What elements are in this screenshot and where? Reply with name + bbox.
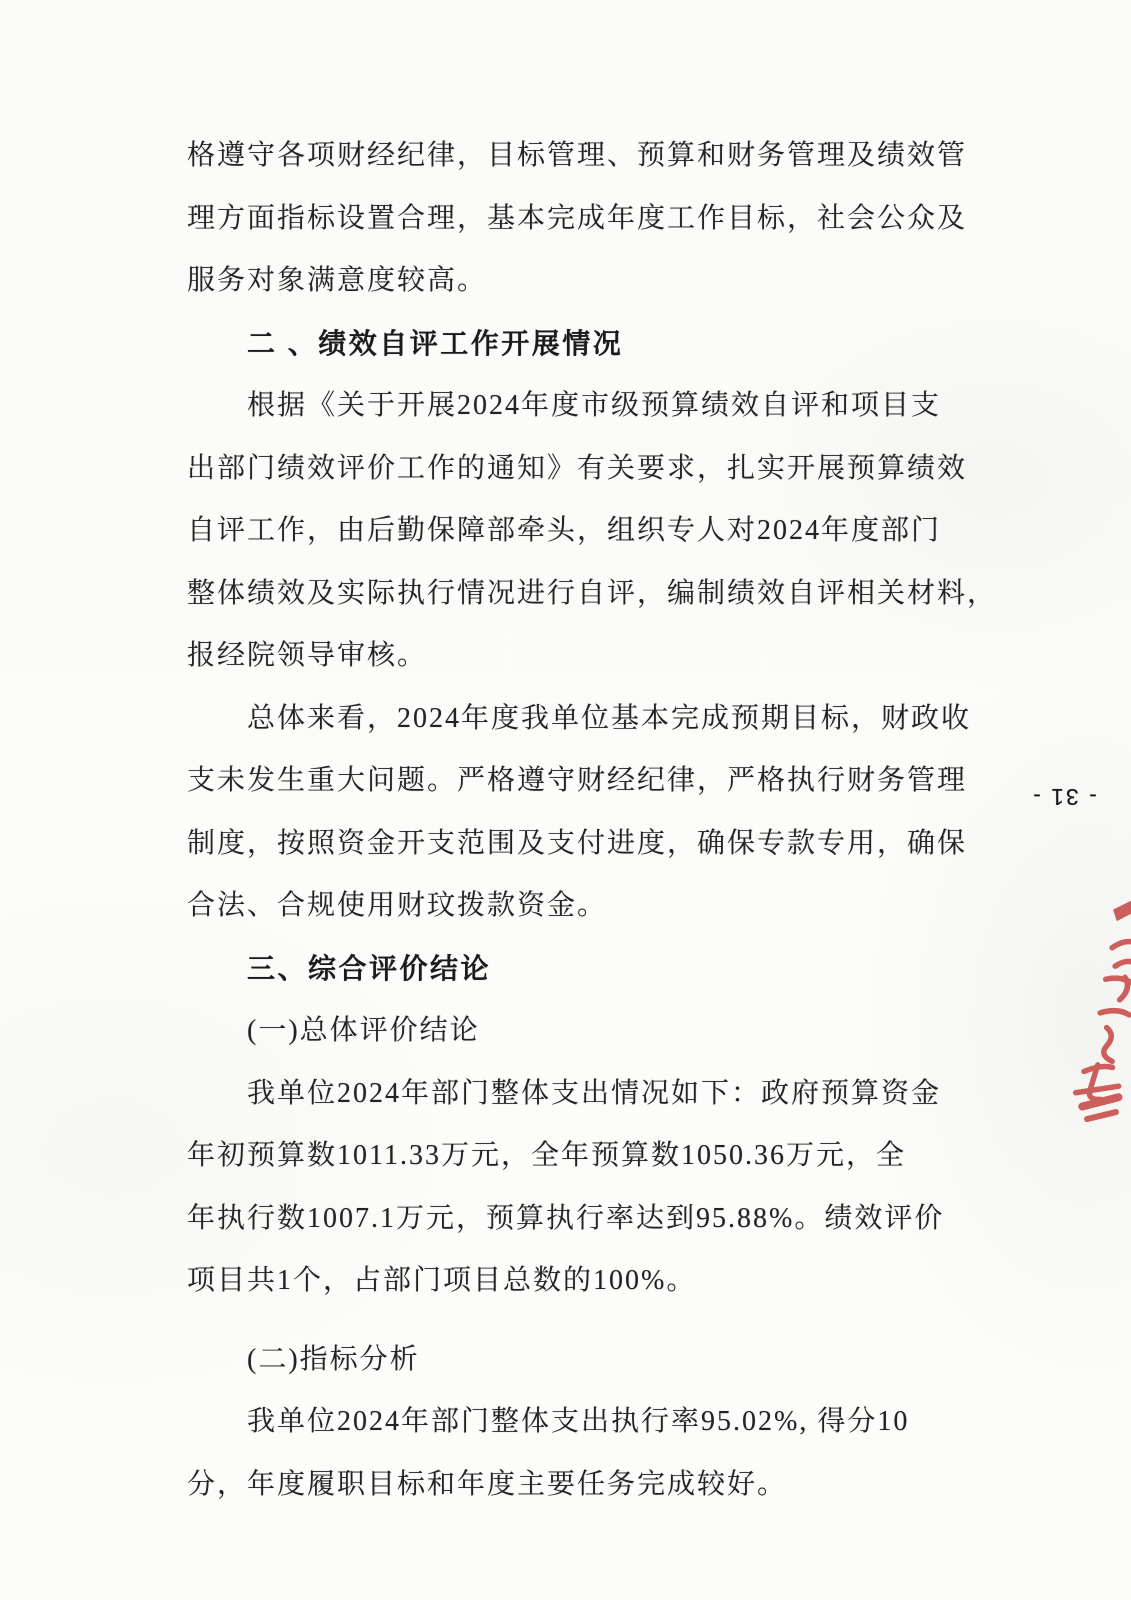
- red-stamp-marks: [1052, 876, 1131, 1124]
- red-seal-icon: [1052, 876, 1131, 1124]
- section-heading: 三、综合评价结论: [187, 938, 977, 1001]
- text-line: 服务对象满意度较高。: [187, 250, 977, 313]
- text-line: 年执行数1007.1万元，预算执行率达到95.88%。绩效评价: [187, 1188, 977, 1251]
- text-line: 支未发生重大问题。严格遵守财经纪律，严格执行财务管理: [187, 750, 977, 813]
- text-line: 自评工作，由后勤保障部牵头，组织专人对2024年度部门: [187, 500, 977, 563]
- document-body: 格遵守各项财经纪律，目标管理、预算和财务管理及绩效管理方面指标设置合理，基本完成…: [187, 125, 977, 1516]
- text-line: 分，年度履职目标和年度主要任务完成较好。: [187, 1454, 977, 1517]
- text-line: (一)总体评价结论: [187, 1000, 977, 1063]
- text-line: 我单位2024年部门整体支出情况如下：政府预算资金: [187, 1063, 977, 1126]
- text-line: 年初预算数1011.33万元，全年预算数1050.36万元，全: [187, 1125, 977, 1188]
- text-line: 出部门绩效评价工作的通知》有关要求，扎实开展预算绩效: [187, 438, 977, 501]
- page-number: - 31 -: [1020, 776, 1108, 818]
- section-heading: 二 、绩效自评工作开展情况: [187, 313, 977, 376]
- scanned-page: { "page": { "number": "- 31 -" }, "color…: [0, 0, 1131, 1600]
- text-line: 理方面指标设置合理，基本完成年度工作目标，社会公众及: [187, 188, 977, 251]
- text-line: 合法、合规使用财玟拨款资金。: [187, 875, 977, 938]
- text-line: 根据《关于开展2024年度市级预算绩效自评和项目支: [187, 375, 977, 438]
- text-line: 制度，按照资金开支范围及支付进度，确保专款专用，确保: [187, 813, 977, 876]
- text-line: (二)指标分析: [187, 1329, 977, 1392]
- text-line: 我单位2024年部门整体支出执行率95.02%, 得分10: [187, 1391, 977, 1454]
- text-line: 格遵守各项财经纪律，目标管理、预算和财务管理及绩效管: [187, 125, 977, 188]
- text-line: 整体绩效及实际执行情况进行自评，编制绩效自评相关材料，: [187, 563, 977, 626]
- text-line: 项目共1个，占部门项目总数的100%。: [187, 1250, 977, 1313]
- text-line: 报经院领导审核。: [187, 625, 977, 688]
- text-line: 总体来看，2024年度我单位基本完成预期目标，财政收: [187, 688, 977, 751]
